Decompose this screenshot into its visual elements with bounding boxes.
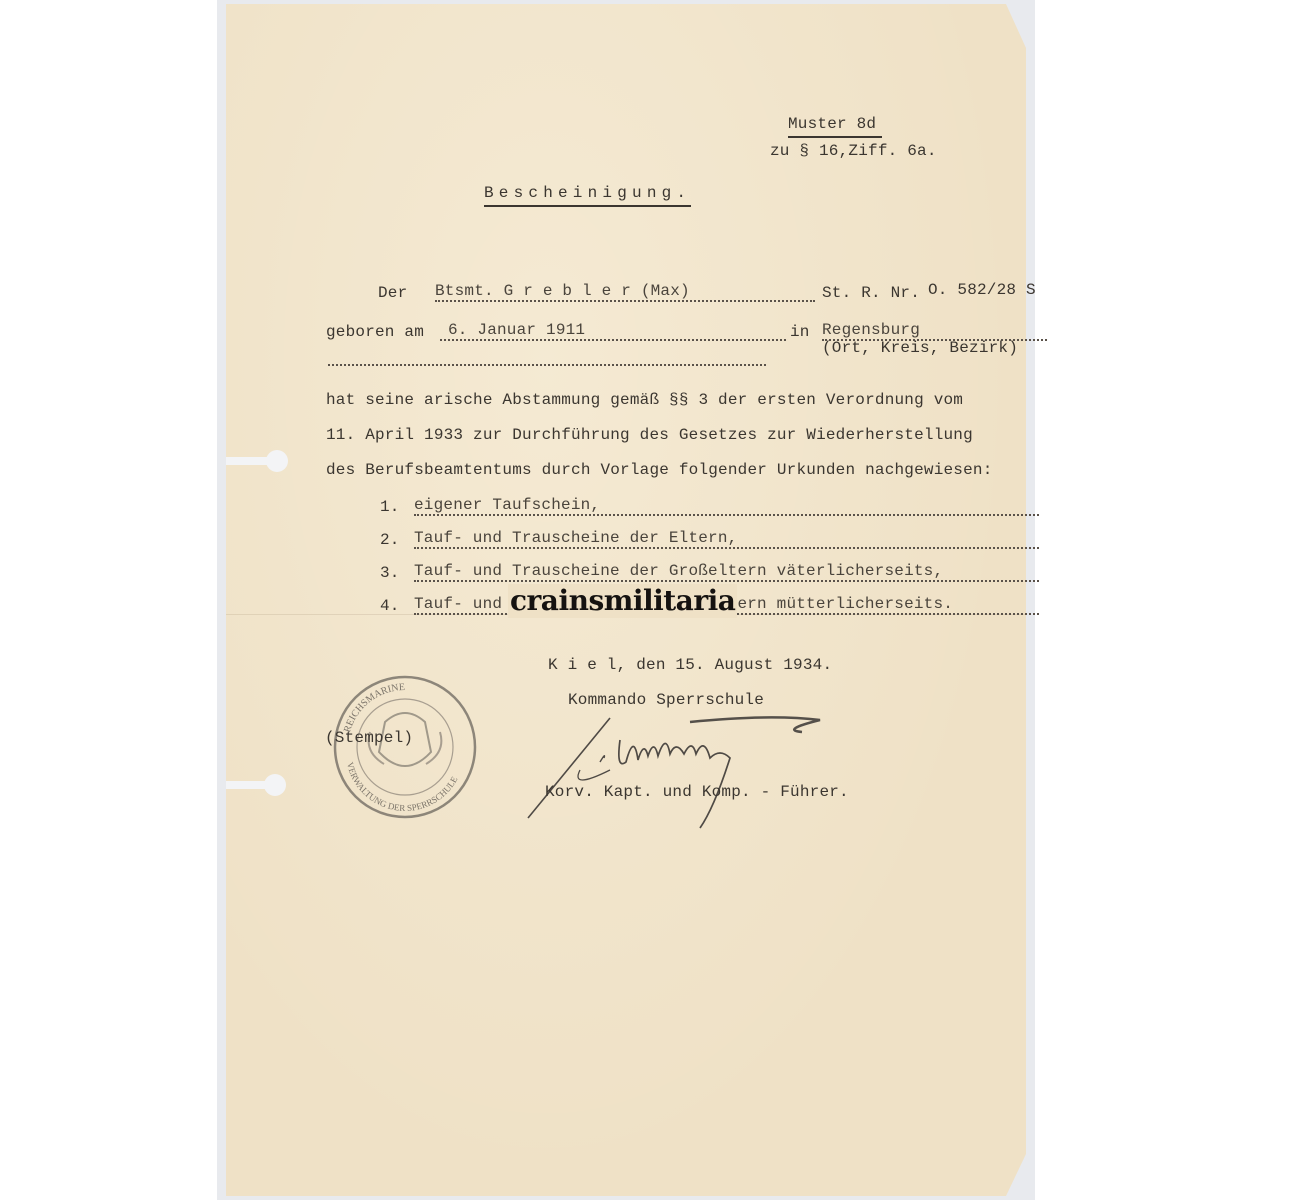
birth-date-field: 6. Januar 1911 xyxy=(440,321,786,341)
body-line-2: 11. April 1933 zur Durchführung des Gese… xyxy=(326,426,973,444)
list-item: Tauf- und Trauscheine der Großeltern vät… xyxy=(414,562,1039,582)
register-label: St. R. Nr. xyxy=(822,284,920,302)
body-line-1: hat seine arische Abstammung gemäß §§ 3 … xyxy=(326,391,963,409)
document-title: Bescheinigung. xyxy=(484,184,691,207)
signer-title: Korv. Kapt. und Komp. - Führer. xyxy=(545,783,849,801)
svg-text:REICHSMARINE: REICHSMARINE xyxy=(342,682,405,734)
list-number: 4. xyxy=(380,597,400,615)
place-date: K i e l, den 15. August 1934. xyxy=(548,656,832,674)
list-item: Tauf- und Trauscheine der Eltern, xyxy=(414,529,1039,549)
punch-hole xyxy=(264,774,286,796)
born-label: geboren am xyxy=(326,323,424,341)
register-value: O. 582/28 S xyxy=(928,281,1036,299)
label-der: Der xyxy=(378,284,407,302)
signature-icon xyxy=(520,700,880,830)
body-line-3: des Berufsbeamtentums durch Vorlage folg… xyxy=(326,461,993,479)
in-label: in xyxy=(790,323,810,341)
form-reference-sub: zu § 16,Ziff. 6a. xyxy=(770,142,937,160)
place-hint: (Ort, Kreis, Bezirk) xyxy=(822,339,1018,357)
official-stamp-icon: REICHSMARINE VERWALTUNG DER SPERRSCHULE xyxy=(330,672,480,822)
list-number: 2. xyxy=(380,531,400,549)
stamp-label: (Stempel) xyxy=(325,729,413,747)
list-item: eigener Taufschein, xyxy=(414,496,1039,516)
name-field: Btsmt. G r e b l e r (Max) xyxy=(435,282,815,302)
extra-dotted-line xyxy=(328,356,766,366)
list-number: 1. xyxy=(380,498,400,516)
birth-place-field: Regensburg xyxy=(822,321,1047,341)
watermark: crainsmilitaria xyxy=(508,584,737,618)
form-reference: Muster 8d xyxy=(788,115,882,138)
list-number: 3. xyxy=(380,564,400,582)
punch-hole xyxy=(266,450,288,472)
